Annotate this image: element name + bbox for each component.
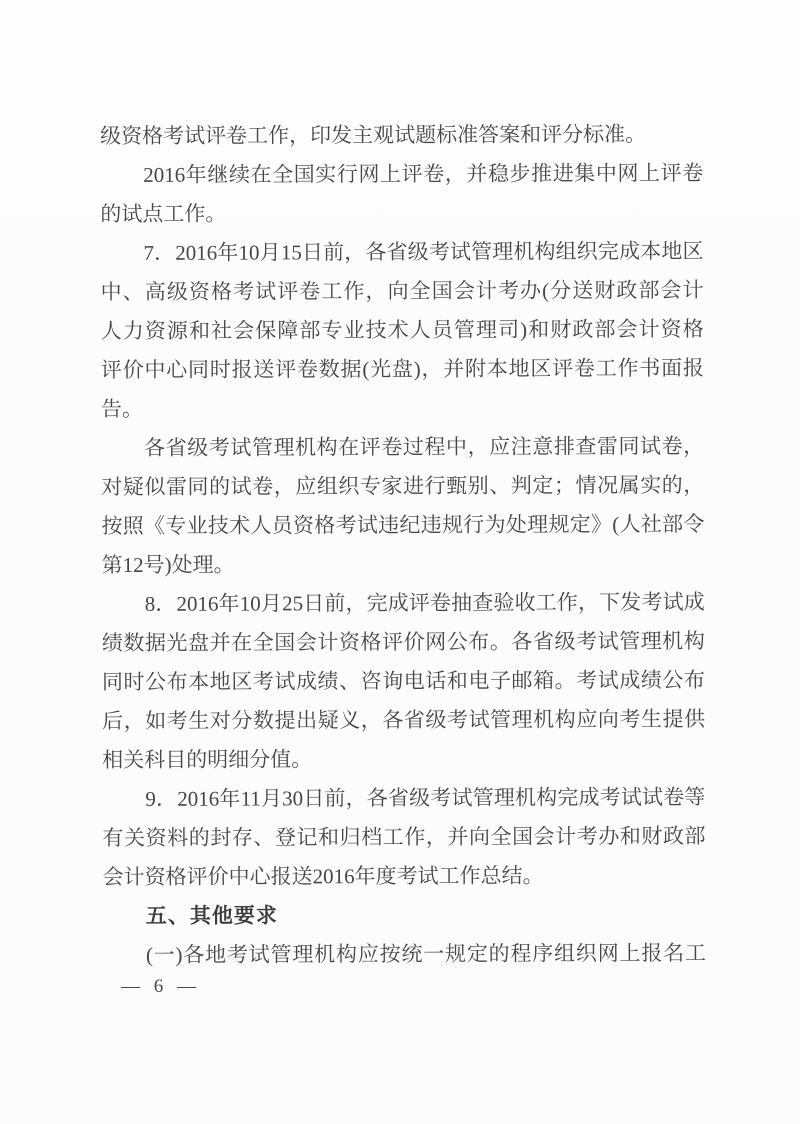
text-line: 各省级考试管理机构在评卷过程中，应注意排查雷同试卷，	[101, 427, 704, 468]
text-line: 同时公布本地区考试成绩、咨询电话和电子邮箱。考试成绩公布	[102, 661, 705, 702]
section-heading: 五、其他要求	[103, 895, 706, 936]
document-body: 级资格考试评卷工作，印发主观试题标准答案和评分标准。2016年继续在全国实行网上…	[100, 115, 706, 975]
text-line: 人力资源和社会保障部专业技术人员管理司)和财政部会计资格	[101, 310, 704, 351]
page-number: — 6 —	[121, 975, 196, 999]
text-line: 8．2016年10月25日前，完成评卷抽查验收工作，下发考试成	[102, 583, 705, 624]
text-line: 级资格考试评卷工作，印发主观试题标准答案和评分标准。	[100, 115, 703, 156]
text-line: 对疑似雷同的试卷，应组织专家进行甄别、判定；情况属实的，	[101, 466, 704, 507]
text-line: 9．2016年11月30日前，各省级考试管理机构完成考试试卷等	[102, 778, 705, 819]
text-line: 第12号)处理。	[101, 544, 704, 585]
text-line: 的试点工作。	[100, 193, 703, 234]
text-line: 评价中心同时报送评卷数据(光盘)，并附本地区评卷工作书面报	[101, 349, 704, 390]
text-line: 有关资料的封存、登记和归档工作，并向全国会计考办和财政部	[102, 817, 705, 858]
text-line: 中、高级资格考试评卷工作，向全国会计考办(分送财政部会计司、	[101, 271, 704, 312]
text-line: (一)各地考试管理机构应按统一规定的程序组织网上报名工	[103, 934, 706, 975]
text-line: 2016年继续在全国实行网上评卷，并稳步推进集中网上评卷	[100, 154, 703, 195]
text-line: 按照《专业技术人员资格考试违纪违规行为处理规定》(人社部令	[101, 505, 704, 546]
text-line: 后，如考生对分数提出疑义，各省级考试管理机构应向考生提供	[102, 700, 705, 741]
text-line: 绩数据光盘并在全国会计资格评价网公布。各省级考试管理机构	[102, 622, 705, 663]
text-line: 7．2016年10月15日前，各省级考试管理机构组织完成本地区	[100, 232, 703, 273]
scanned-document-page: 级资格考试评卷工作，印发主观试题标准答案和评分标准。2016年继续在全国实行网上…	[0, 0, 800, 1124]
text-line: 会计资格评价中心报送2016年度考试工作总结。	[103, 856, 706, 897]
text-line: 相关科目的明细分值。	[102, 739, 705, 780]
text-line: 告。	[101, 388, 704, 429]
